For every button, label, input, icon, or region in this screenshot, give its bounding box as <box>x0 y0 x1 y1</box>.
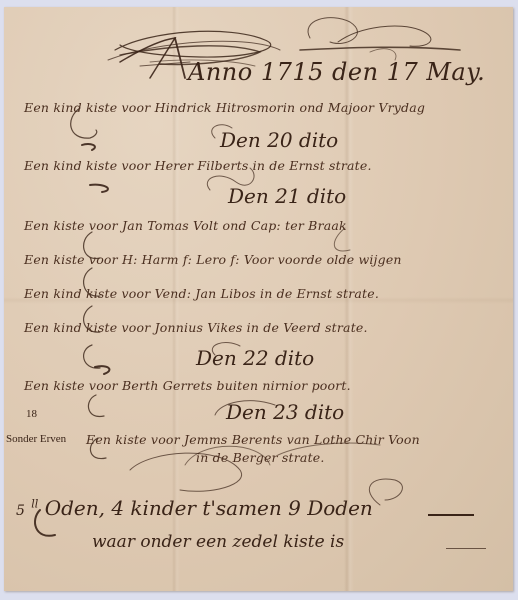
register-entry: Een kind kiste voor Herer Filberts in de… <box>24 158 372 173</box>
register-entry: Een kiste voor Berth Gerrets buiten nirn… <box>24 378 351 393</box>
register-entry: in de Berger strate. <box>196 450 325 465</box>
page-heading: Anno 1715 den 17 May. <box>188 58 485 86</box>
date-heading: Den 21 dito <box>228 184 346 208</box>
summary-text: Oden, 4 kinder t'samen 9 Doden <box>45 496 373 520</box>
summary-rule-2 <box>446 548 486 549</box>
summary-prefix: 5 <box>16 503 25 519</box>
register-entry: Een kind kiste voor Jonnius Vikes in de … <box>24 320 368 335</box>
register-entry: Een kiste voor Jan Tomas Volt ond Cap: t… <box>24 218 347 233</box>
register-entry: Een kiste voor Jemms Berents van Lothe C… <box>86 432 420 447</box>
summary-superscript: ll <box>31 497 38 510</box>
margin-note-text: Sonder Erven <box>6 433 66 445</box>
margin-note-number: 18 <box>26 408 37 420</box>
summary-line-2: waar onder een zedel kiste is <box>92 532 344 552</box>
register-entry: Een kind kiste voor Hindrick Hitrosmorin… <box>24 100 425 115</box>
date-heading: Den 20 dito <box>220 128 338 152</box>
summary-rule-1 <box>428 514 474 516</box>
date-heading: Den 23 dito <box>226 400 344 424</box>
register-entry: Een kiste voor H: Harm f: Lero f: Voor v… <box>24 252 402 267</box>
date-heading: Den 22 dito <box>196 346 314 370</box>
summary-line-1: 5 ll Oden, 4 kinder t'samen 9 Doden <box>16 496 373 520</box>
register-entry: Een kind kiste voor Vend: Jan Libos in d… <box>24 286 379 301</box>
